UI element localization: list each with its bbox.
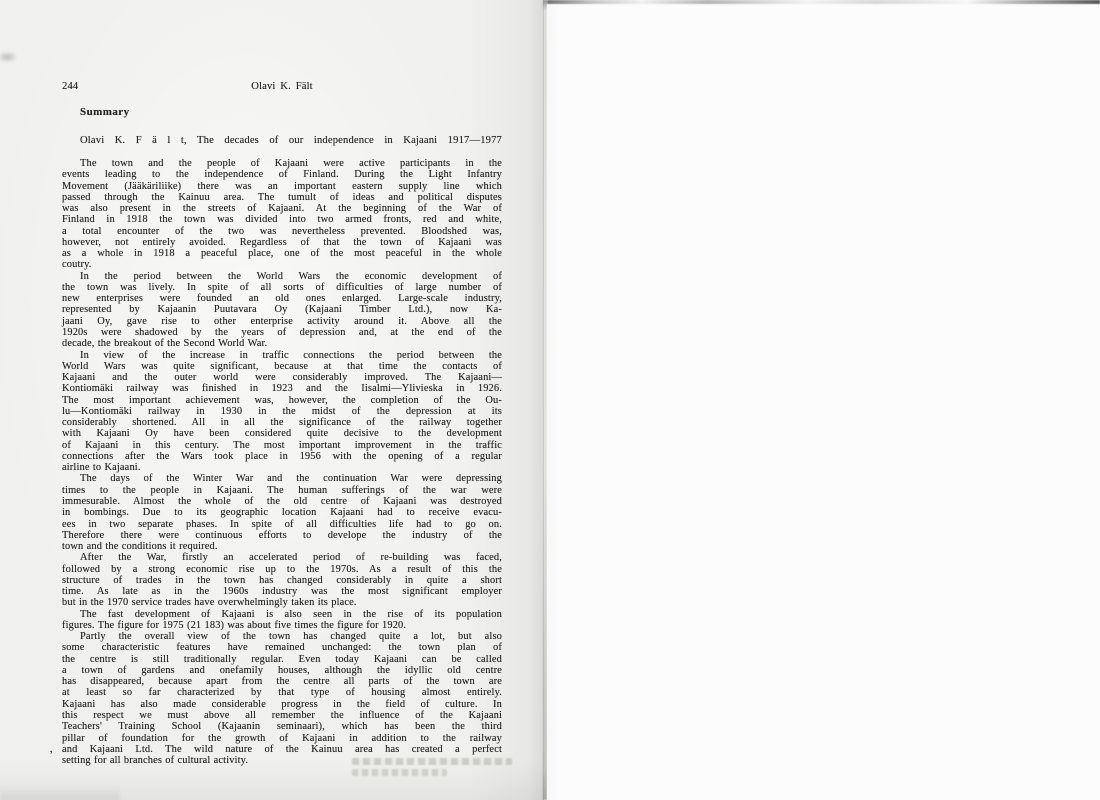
text-line: the town was lively. In spite of all sor… [62,282,502,293]
text-line: In the period between the World Wars the… [62,271,502,282]
text-line: the centre is still traditionally regula… [62,654,502,665]
text-line: airline to Kajaani. [62,462,502,473]
text-line: Movement (Jääkäriliike) there was an imp… [62,181,502,192]
text-line: time. As late as in the 1960s industry w… [62,586,502,597]
left-page: 244 Olavi K. Fält Summary Olavi K. F ä l… [0,0,544,800]
page-bottom-shadow [0,786,120,800]
text-line: Teachers' Training School (Kajaanin semi… [62,721,502,732]
text-line: a total encounter of the two was neverth… [62,226,502,237]
text-line: at least so far characterized by that ty… [62,687,502,698]
text-line: followed by a strong economic rise up to… [62,564,502,575]
running-header-author: Olavi K. Fält [62,81,502,92]
text-line: Partly the overall view of the town has … [62,631,502,642]
text-line: jaani Oy, gave rise to other enterprise … [62,316,502,327]
paragraph: After the War, firstly an accelerated pe… [62,552,502,608]
text-line: World Wars was quite significant, becaus… [62,361,502,372]
text-line: this respect we must above all remember … [62,710,502,721]
text-line: After the War, firstly an accelerated pe… [62,552,502,563]
text-line: in bombings. Due to its geographic locat… [62,507,502,518]
paragraph: The town and the people of Kajaani were … [62,158,502,271]
text-line: some characteristic features have remain… [62,642,502,653]
text-line: but in the 1970 service trades have over… [62,597,502,608]
summary-heading: Summary [80,106,130,118]
text-line: The fast development of Kajaani is also … [62,609,502,620]
scan-smudge-artifact [0,51,18,63]
text-line: as a whole in 1918 a peaceful place, one… [62,248,502,259]
text-line: with Kajaani Oy have been considered qui… [62,428,502,439]
text-line: connections after the Wars took place in… [62,451,502,462]
paragraph: In the period between the World Wars the… [62,271,502,350]
page-number: 244 [62,81,78,92]
summary-body: The town and the people of Kajaani were … [62,158,502,766]
right-page-blank [547,0,1100,800]
bleed-through-artifact [352,758,512,765]
text-line: considerably shortened. All in all the s… [62,417,502,428]
text-line: The most important achievement was, howe… [62,395,502,406]
paragraph: In view of the increase in traffic conne… [62,350,502,474]
text-line: Therefore there were continuous efforts … [62,530,502,541]
text-line: Finland in 1918 the town was divided int… [62,214,502,225]
text-line: times to the people in Kajaani. The huma… [62,485,502,496]
text-line: a town of gardens and onefamily houses, … [62,665,502,676]
text-line: of Kajaani in this century. The most imp… [62,440,502,451]
text-line: Kontiomäki railway was finished in 1923 … [62,383,502,394]
text-line: passed through the Kainuu area. The tumu… [62,192,502,203]
text-line: town and the conditions it required. [62,541,502,552]
scan-top-edge-artifact [547,0,1100,4]
text-line: pillar of foundation for the growth of K… [62,733,502,744]
text-line: represented by Kajaanin Puutavara Oy (Ka… [62,304,502,315]
article-title: Olavi K. F ä l t, The decades of our ind… [62,135,502,146]
text-line: has disappeared, because apart from the … [62,676,502,687]
text-line: In view of the increase in traffic conne… [62,350,502,361]
text-line: immesurable. Almost the whole of the old… [62,496,502,507]
text-line: ees in two separate phases. In spite of … [62,519,502,530]
text-line: decade, the breakout of the Second World… [62,338,502,349]
text-line: Kajaani has also made considerable progr… [62,699,502,710]
paragraph: The days of the Winter War and the conti… [62,473,502,552]
paragraph: Partly the overall view of the town has … [62,631,502,766]
stray-ink-mark: , [47,741,53,756]
text-line: The town and the people of Kajaani were … [62,158,502,169]
text-line: 1920s were shadowed by the years of depr… [62,327,502,338]
scanned-book-spread: 244 Olavi K. Fält Summary Olavi K. F ä l… [0,0,1100,800]
text-line: Kajaani and the outer world were conside… [62,372,502,383]
text-line: lu—Kontiomäki railway in 1930 in the mid… [62,406,502,417]
text-line: events leading to the independence of Fi… [62,169,502,180]
text-line: The days of the Winter War and the conti… [62,473,502,484]
text-line: however, not entirely avoided. Regardles… [62,237,502,248]
bleed-through-artifact [352,769,447,776]
paragraph: The fast development of Kajaani is also … [62,609,502,632]
text-line: and Kajaani Ltd. The wild nature of the … [62,744,502,755]
running-head: 244 Olavi K. Fält [62,81,502,92]
text-line: new enterprises were founded an old ones… [62,293,502,304]
text-line: was also present in the streets of Kajaa… [62,203,502,214]
text-line: structure of trades in the town has chan… [62,575,502,586]
text-line: figures. The figure for 1975 (21 183) wa… [62,620,502,631]
text-line: coutry. [62,259,502,270]
